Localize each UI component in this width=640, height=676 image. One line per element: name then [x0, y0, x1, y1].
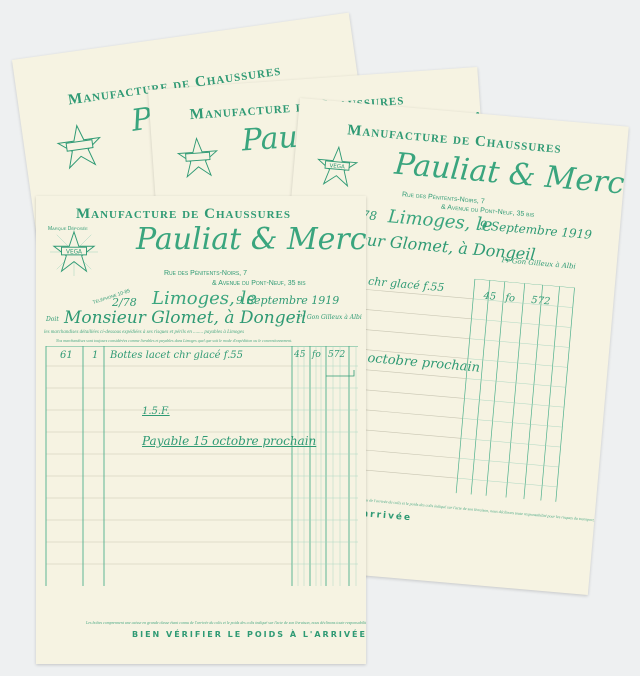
- company-name: Pauliat & Mercier: [136, 222, 366, 257]
- terms-line-1: les marchandises détaillées ci-dessous e…: [44, 330, 244, 335]
- item-price: 45: [294, 350, 305, 360]
- recipient-note: Pr Gon Gilleux à Albi: [501, 256, 576, 270]
- footer-warning: Bien vérifier le poids à l'arrivée: [132, 630, 366, 639]
- item-description: Bottes lacet chr glacé f.55: [110, 350, 243, 361]
- svg-text:VEGA: VEGA: [66, 249, 82, 255]
- terms-line-2: Nos marchandises sont toujours considéré…: [56, 338, 292, 343]
- note-payment: Payable 15 octobre prochain: [142, 434, 316, 448]
- note-tax: 1.5.F.: [142, 406, 170, 417]
- debit-label: Doit: [46, 316, 59, 323]
- item-fr: fo: [312, 350, 321, 360]
- ledger-grid: [36, 346, 366, 596]
- invoice-sheet-front: Manufacture de Chaussures VEGA Marque Dé…: [36, 196, 366, 664]
- recipient-name: Monsieur Glomet, à Dongeil: [64, 308, 307, 328]
- vega-star-logo-icon: VEGA: [50, 228, 98, 276]
- letterhead-title: Manufacture de Chaussures: [76, 206, 291, 223]
- vega-star-logo-icon: [51, 118, 107, 174]
- vega-star-logo-icon: [173, 133, 222, 182]
- item-qty: 61: [60, 350, 73, 361]
- invoice-date: 9 Septembre 1919: [236, 294, 339, 307]
- footer-fine-print: Les boîtes comprennent une caisse en gra…: [86, 620, 366, 625]
- trademark-label: Marque Déposée: [48, 226, 88, 232]
- address-line-1: Rue des Pénitents-Noirs, 7: [164, 270, 247, 277]
- address-line-2: & Avenue du Pont-Neuf, 35 bis: [212, 280, 306, 287]
- recipient-note: Pr Gon Gilleux à Albi: [298, 314, 362, 321]
- vega-star-logo-icon: VEGA: [312, 142, 362, 192]
- invoice-date: 9 Septembre 1919: [479, 218, 592, 242]
- item-unit: 1: [92, 350, 98, 361]
- item-total: 572: [328, 350, 345, 360]
- svg-text:VEGA: VEGA: [329, 163, 345, 170]
